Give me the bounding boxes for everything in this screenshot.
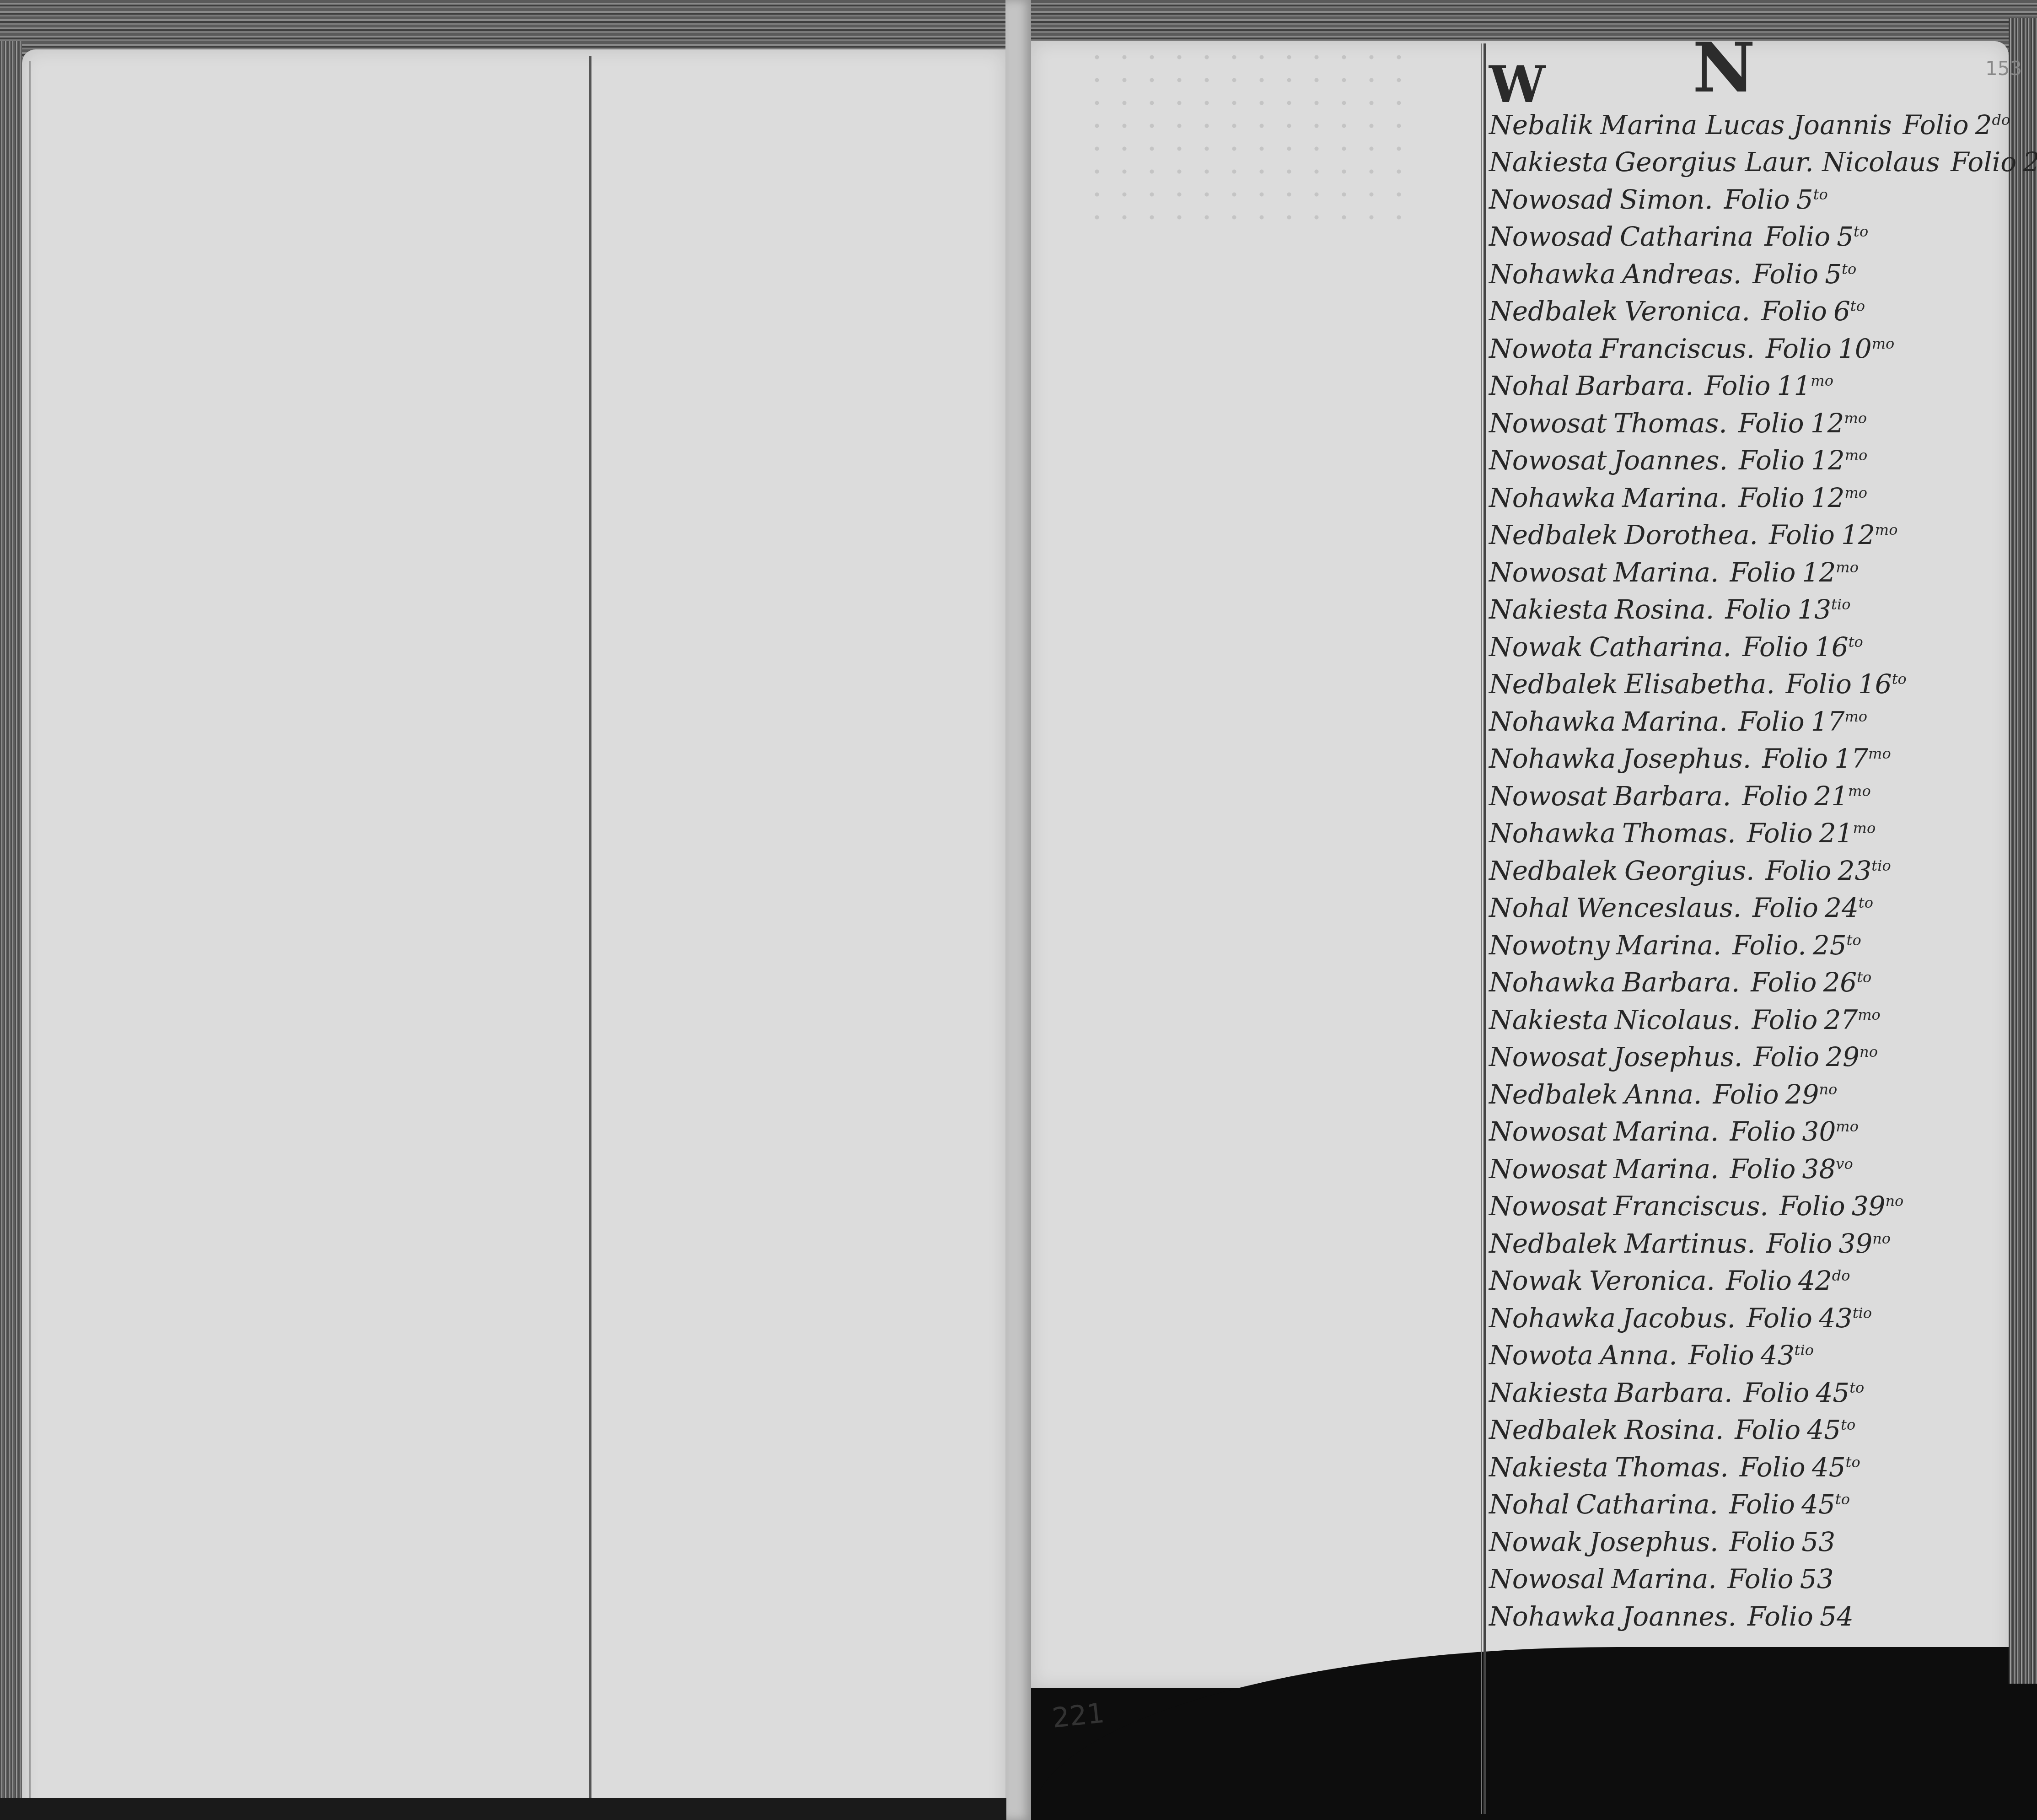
entry-folio-number: 26 xyxy=(1823,967,1857,998)
entry-folio-suffix: to xyxy=(1854,223,1868,240)
entry-folio-suffix: tio xyxy=(1795,1341,1814,1359)
entry-given-name: Rosina. xyxy=(1624,1414,1724,1445)
index-entries-list: NebalikMarina Lucas JoannisFolio2doNakie… xyxy=(1489,103,1988,1632)
entry-folio-number: 12 xyxy=(1802,557,1836,588)
entry-given-name: Franciscus. xyxy=(1613,1190,1768,1222)
entry-folio-label: Folio xyxy=(1688,1340,1754,1371)
entry-folio-label: Folio xyxy=(1764,221,1830,252)
index-margin-rule xyxy=(1483,43,1486,1814)
entry-surname: Nedbalek xyxy=(1489,855,1618,886)
entry-given-name: Veronica. xyxy=(1624,296,1750,327)
index-entry: NowosatJosephus.Folio29no xyxy=(1489,1035,1988,1073)
index-entry: NedbalekElisabetha.Folio16to xyxy=(1489,662,1988,700)
index-entry: NedbalekAnna.Folio29no xyxy=(1489,1072,1988,1110)
entry-folio-suffix: mo xyxy=(1844,484,1867,501)
entry-surname: Nowotny xyxy=(1489,930,1610,961)
left-fore-edge xyxy=(0,41,22,1816)
entry-folio-label: Folio xyxy=(1728,1563,1794,1594)
entry-folio-number: 6 xyxy=(1833,296,1850,327)
entry-folio-label: Folio xyxy=(1951,146,2016,178)
entry-folio-number: 45 xyxy=(1812,1452,1846,1483)
entry-given-name: Jacobus. xyxy=(1622,1303,1736,1334)
entry-given-name: Marina. xyxy=(1611,1563,1717,1594)
entry-surname: Nowosat xyxy=(1489,1190,1607,1222)
index-entry: NakiestaNicolaus.Folio27mo xyxy=(1489,998,1988,1035)
entry-surname: Nowak xyxy=(1489,631,1583,662)
index-entry: NohawkaAndreas.Folio5to xyxy=(1489,252,1988,290)
entry-folio-suffix: to xyxy=(1849,1379,1864,1396)
entry-given-name: Thomas. xyxy=(1622,818,1736,849)
ink-show-through xyxy=(1089,50,1409,224)
entry-folio-number: 39 xyxy=(1838,1228,1872,1259)
index-entry: NedbalekVeronica.Folio6to xyxy=(1489,290,1988,327)
entry-folio-suffix: tio xyxy=(1871,857,1891,874)
entry-folio-suffix: to xyxy=(1859,894,1873,911)
entry-surname: Nohawka xyxy=(1489,1303,1616,1334)
entry-folio-number: 2 xyxy=(1975,109,1992,140)
entry-given-name: Marina. xyxy=(1622,482,1728,513)
entry-folio-label: Folio xyxy=(1903,109,1969,140)
entry-folio-suffix: mo xyxy=(1811,372,1833,389)
entry-surname: Nakiesta xyxy=(1489,1452,1608,1483)
entry-folio-suffix: to xyxy=(1850,297,1865,315)
entry-folio-number: 53 xyxy=(1801,1526,1835,1557)
entry-folio-number: 5 xyxy=(1825,258,1842,290)
folio-number: 153 xyxy=(1985,57,2022,80)
entry-folio-number: 12 xyxy=(1841,519,1875,550)
entry-folio-suffix: to xyxy=(1857,969,1871,986)
entry-folio-number: 21 xyxy=(1819,818,1853,849)
entry-given-name: Marina Lucas Joannis xyxy=(1600,109,1892,140)
entry-surname: Nohal xyxy=(1489,1489,1569,1520)
entry-surname: Nebalik xyxy=(1489,109,1594,140)
entry-given-name: Wenceslaus. xyxy=(1576,892,1741,923)
entry-folio-label: Folio xyxy=(1779,1190,1845,1222)
entry-folio-suffix: mo xyxy=(1872,335,1895,352)
entry-given-name: Andreas. xyxy=(1622,258,1741,290)
entry-folio-suffix: to xyxy=(1849,633,1863,651)
entry-given-name: Veronica. xyxy=(1589,1265,1715,1296)
entry-folio-number: 13 xyxy=(1797,594,1831,625)
entry-given-name: Barbara. xyxy=(1613,781,1731,812)
entry-folio-label: Folio xyxy=(1742,631,1808,662)
entry-given-name: Rosina. xyxy=(1615,594,1714,625)
entry-folio-number: 16 xyxy=(1815,631,1849,662)
entry-given-name: Josephus. xyxy=(1622,743,1751,774)
entry-surname: Nedbalek xyxy=(1489,519,1618,550)
entry-folio-suffix: to xyxy=(1892,670,1907,688)
entry-surname: Nowosat xyxy=(1489,557,1607,588)
entry-surname: Nakiesta xyxy=(1489,594,1608,625)
entry-folio-suffix: mo xyxy=(1848,782,1871,800)
entry-folio-label: Folio xyxy=(1738,408,1804,439)
index-entry: NowotaFranciscus.Folio10mo xyxy=(1489,327,1988,364)
entry-folio-label: Folio xyxy=(1752,1004,1817,1035)
entry-folio-suffix: to xyxy=(1847,932,1861,949)
index-entry: NowosatMarina.Folio38vo xyxy=(1489,1147,1988,1185)
index-entry: NohawkaJoannes.Folio54 xyxy=(1489,1594,1988,1632)
entry-folio-label: Folio xyxy=(1713,1079,1779,1110)
index-entry: NowosadSimon.Folio5to xyxy=(1489,178,1988,215)
left-page-edge-line xyxy=(29,61,31,1809)
index-entry: NedbalekRosina.Folio45to xyxy=(1489,1408,1988,1446)
entry-folio-number: 5 xyxy=(1796,184,1813,215)
entry-folio-number: 10 xyxy=(1838,333,1872,364)
index-entry: NohawkaJosephus.Folio17mo xyxy=(1489,737,1988,775)
entry-surname: Nowota xyxy=(1489,1340,1593,1371)
index-entry: NohalWenceslaus.Folio24to xyxy=(1489,886,1988,924)
entry-folio-number: 11 xyxy=(1777,370,1811,401)
entry-folio-suffix: no xyxy=(1860,1043,1878,1061)
entry-folio-label: Folio xyxy=(1729,1489,1795,1520)
entry-folio-label: Folio. xyxy=(1732,930,1806,961)
index-entry: NowosatFranciscus.Folio39no xyxy=(1489,1185,1988,1222)
entry-given-name: Catharina. xyxy=(1576,1489,1718,1520)
entry-folio-suffix: to xyxy=(1846,1454,1860,1471)
entry-surname: Nakiesta xyxy=(1489,1377,1608,1408)
entry-folio-label: Folio xyxy=(1747,1601,1813,1632)
entry-given-name: Thomas. xyxy=(1615,1452,1729,1483)
entry-given-name: Catharina. xyxy=(1589,631,1731,662)
entry-folio-label: Folio xyxy=(1739,445,1805,476)
index-entry: NohalCatharina.Folio45to xyxy=(1489,1483,1988,1520)
entry-folio-suffix: no xyxy=(1872,1230,1891,1247)
entry-surname: Nedbalek xyxy=(1489,668,1618,700)
index-entry: NakiestaGeorgius Laur. NicolausFolio2do xyxy=(1489,140,1988,178)
gutter xyxy=(1005,0,1031,1820)
index-letter-heading: N xyxy=(1693,27,1755,108)
entry-given-name: Barbara. xyxy=(1615,1377,1732,1408)
entry-surname: Nowak xyxy=(1489,1265,1583,1296)
entry-folio-number: 12 xyxy=(1811,445,1845,476)
entry-given-name: Josephus. xyxy=(1613,1041,1742,1072)
entry-folio-suffix: mo xyxy=(1853,819,1876,837)
entry-given-name: Anna. xyxy=(1624,1079,1702,1110)
entry-given-name: Georgius Laur. Nicolaus xyxy=(1615,146,1940,178)
entry-folio-suffix: mo xyxy=(1875,521,1898,538)
entry-surname: Nowosat xyxy=(1489,1116,1607,1147)
entry-given-name: Josephus. xyxy=(1589,1526,1718,1557)
right-fore-edge xyxy=(2009,18,2037,1684)
index-entry: NohalBarbara.Folio11mo xyxy=(1489,364,1988,402)
index-entry: NedbalekGeorgius.Folio23tio xyxy=(1489,849,1988,886)
index-entry: NedbalekMartinus.Folio39no xyxy=(1489,1222,1988,1259)
entry-folio-label: Folio xyxy=(1705,370,1771,401)
entry-folio-number: 29 xyxy=(1826,1041,1860,1072)
entry-folio-label: Folio xyxy=(1765,855,1831,886)
entry-given-name: Franciscus. xyxy=(1600,333,1755,364)
entry-given-name: Thomas. xyxy=(1613,408,1727,439)
entry-folio-suffix: mo xyxy=(1836,559,1859,576)
entry-folio-number: 29 xyxy=(1785,1079,1819,1110)
entry-given-name: Simon. xyxy=(1620,184,1713,215)
entry-folio-number: 53 xyxy=(1800,1563,1834,1594)
entry-folio-label: Folio xyxy=(1739,482,1805,513)
entry-given-name: Anna. xyxy=(1600,1340,1677,1371)
entry-surname: Nohawka xyxy=(1489,706,1616,737)
entry-given-name: Marina. xyxy=(1622,706,1728,737)
entry-surname: Nohawka xyxy=(1489,818,1616,849)
index-entry: NowakCatharina.Folio16to xyxy=(1489,625,1988,662)
index-entry: NowakJosephus.Folio53 xyxy=(1489,1520,1988,1557)
entry-surname: Nowak xyxy=(1489,1526,1583,1557)
entry-folio-number: 39 xyxy=(1852,1190,1886,1222)
entry-folio-label: Folio xyxy=(1730,1116,1796,1147)
entry-folio-label: Folio xyxy=(1747,1303,1812,1334)
entry-surname: Nowota xyxy=(1489,333,1593,364)
entry-surname: Nedbalek xyxy=(1489,296,1618,327)
entry-folio-label: Folio xyxy=(1766,1228,1832,1259)
entry-folio-number: 2 xyxy=(2023,146,2037,178)
index-entry: NowosatBarbara.Folio21mo xyxy=(1489,774,1988,812)
entry-folio-label: Folio xyxy=(1762,743,1828,774)
entry-folio-number: 27 xyxy=(1824,1004,1858,1035)
index-entry: NebalikMarina Lucas JoannisFolio2do xyxy=(1489,103,1988,140)
entry-folio-number: 23 xyxy=(1838,855,1872,886)
entry-folio-suffix: mo xyxy=(1844,409,1867,427)
entry-folio-suffix: tio xyxy=(1853,1304,1872,1322)
entry-folio-suffix: vo xyxy=(1836,1155,1853,1173)
entry-surname: Nowosal xyxy=(1489,1563,1605,1594)
index-entry: NowosatJoannes.Folio12mo xyxy=(1489,439,1988,476)
entry-folio-label: Folio xyxy=(1742,781,1808,812)
entry-given-name: Marina. xyxy=(1616,930,1722,961)
entry-folio-suffix: to xyxy=(1842,260,1856,278)
entry-surname: Nowosad xyxy=(1489,221,1613,252)
entry-folio-suffix: to xyxy=(1841,1416,1855,1433)
entry-folio-suffix: mo xyxy=(1858,1006,1881,1023)
index-entry: NowosalMarina.Folio53 xyxy=(1489,1557,1988,1595)
entry-given-name: Marina. xyxy=(1613,1116,1719,1147)
entry-folio-suffix: to xyxy=(1835,1491,1850,1508)
entry-folio-label: Folio xyxy=(1730,557,1796,588)
index-entry: NowotaAnna.Folio43tio xyxy=(1489,1334,1988,1371)
index-entry: NakiestaThomas.Folio45to xyxy=(1489,1445,1988,1483)
entry-folio-label: Folio xyxy=(1739,706,1805,737)
entry-surname: Nowosad xyxy=(1489,184,1613,215)
entry-folio-label: Folio xyxy=(1752,258,1818,290)
entry-given-name: Nicolaus. xyxy=(1615,1004,1741,1035)
page-number: 221 xyxy=(1051,1697,1106,1734)
entry-surname: Nohawka xyxy=(1489,1601,1616,1632)
entry-folio-number: 43 xyxy=(1819,1303,1853,1334)
index-entry: NowosatThomas.Folio12mo xyxy=(1489,401,1988,439)
entry-folio-number: 12 xyxy=(1811,408,1844,439)
entry-folio-label: Folio xyxy=(1729,1526,1795,1557)
entry-surname: Nowosat xyxy=(1489,1041,1607,1072)
entry-surname: Nohal xyxy=(1489,370,1569,401)
entry-folio-label: Folio xyxy=(1726,1265,1792,1296)
entry-folio-suffix: do xyxy=(1832,1267,1850,1284)
index-margin-rule-thin xyxy=(1481,43,1482,1814)
index-entry: NohawkaThomas.Folio21mo xyxy=(1489,812,1988,849)
entry-given-name: Dorothea. xyxy=(1624,519,1758,550)
entry-folio-number: 43 xyxy=(1761,1340,1795,1371)
entry-folio-number: 42 xyxy=(1798,1265,1832,1296)
entry-folio-number: 38 xyxy=(1802,1153,1836,1185)
entry-folio-label: Folio xyxy=(1735,1414,1801,1445)
entry-folio-number: 21 xyxy=(1814,781,1848,812)
index-entry: NowosadCatharinaFolio5to xyxy=(1489,215,1988,253)
entry-folio-number: 24 xyxy=(1825,892,1859,923)
entry-folio-label: Folio xyxy=(1752,892,1818,923)
entry-folio-number: 54 xyxy=(1820,1601,1854,1632)
entry-folio-suffix: no xyxy=(1819,1081,1837,1098)
entry-given-name: Catharina xyxy=(1620,221,1753,252)
entry-surname: Nedbalek xyxy=(1489,1414,1618,1445)
entry-folio-label: Folio xyxy=(1753,1041,1819,1072)
index-entry: NohawkaMarina.Folio17mo xyxy=(1489,700,1988,737)
entry-given-name: Barbara. xyxy=(1576,370,1693,401)
entry-folio-label: Folio xyxy=(1766,333,1832,364)
entry-folio-suffix: mo xyxy=(1845,447,1868,464)
entry-surname: Nedbalek xyxy=(1489,1079,1618,1110)
entry-surname: Nohawka xyxy=(1489,482,1616,513)
entry-surname: Nakiesta xyxy=(1489,146,1608,178)
entry-folio-number: 5 xyxy=(1837,221,1854,252)
index-entry: NakiestaRosina.Folio13tio xyxy=(1489,588,1988,625)
entry-surname: Nowosat xyxy=(1489,408,1607,439)
entry-folio-number: 17 xyxy=(1811,706,1845,737)
index-entry: NowotnyMarina.Folio.25to xyxy=(1489,923,1988,961)
entry-given-name: Elisabetha. xyxy=(1624,668,1775,700)
entry-folio-label: Folio xyxy=(1743,1377,1809,1408)
left-column-rule xyxy=(589,56,591,1804)
entry-given-name: Marina. xyxy=(1613,1153,1719,1185)
entry-given-name: Marina. xyxy=(1613,557,1719,588)
entry-surname: Nohawka xyxy=(1489,743,1616,774)
entry-folio-label: Folio xyxy=(1725,594,1791,625)
index-entry: NohawkaBarbara.Folio26to xyxy=(1489,961,1988,998)
index-entry: NowosatMarina.Folio12mo xyxy=(1489,550,1988,588)
entry-folio-suffix: mo xyxy=(1836,1118,1859,1135)
entry-folio-label: Folio xyxy=(1740,1452,1806,1483)
index-entry: NohawkaMarina.Folio12mo xyxy=(1489,476,1988,513)
index-entry: NohawkaJacobus.Folio43tio xyxy=(1489,1296,1988,1334)
entry-folio-number: 12 xyxy=(1811,482,1845,513)
entry-given-name: Joannes. xyxy=(1613,445,1728,476)
entry-folio-number: 45 xyxy=(1807,1414,1841,1445)
entry-folio-label: Folio xyxy=(1761,296,1827,327)
index-entry: NowakVeronica.Folio42do xyxy=(1489,1259,1988,1297)
entry-surname: Nowosat xyxy=(1489,781,1607,812)
entry-folio-suffix: to xyxy=(1813,186,1828,203)
entry-folio-suffix: do xyxy=(1992,111,2010,129)
entry-surname: Nowosat xyxy=(1489,1153,1607,1185)
entry-folio-suffix: no xyxy=(1885,1192,1903,1210)
entry-given-name: Martinus. xyxy=(1624,1228,1755,1259)
left-bottom-shadow xyxy=(0,1798,1006,1820)
entry-folio-label: Folio xyxy=(1730,1153,1796,1185)
entry-folio-number: 16 xyxy=(1858,668,1892,700)
entry-surname: Nakiesta xyxy=(1489,1004,1608,1035)
entry-surname: Nohawka xyxy=(1489,967,1616,998)
entry-surname: Nohal xyxy=(1489,892,1569,923)
entry-folio-suffix: mo xyxy=(1844,708,1867,725)
entry-folio-label: Folio xyxy=(1751,967,1817,998)
entry-folio-number: 45 xyxy=(1801,1489,1835,1520)
entry-folio-number: 25 xyxy=(1813,930,1847,961)
entry-given-name: Georgius. xyxy=(1624,855,1755,886)
entry-given-name: Joannes. xyxy=(1622,1601,1736,1632)
entry-surname: Nohawka xyxy=(1489,258,1616,290)
entry-folio-number: 17 xyxy=(1834,743,1868,774)
entry-folio-label: Folio xyxy=(1724,184,1790,215)
entry-surname: Nedbalek xyxy=(1489,1228,1618,1259)
entry-folio-label: Folio xyxy=(1786,668,1852,700)
entry-surname: Nowosat xyxy=(1489,445,1607,476)
entry-folio-suffix: tio xyxy=(1831,596,1850,613)
left-page xyxy=(22,49,1005,1820)
entry-folio-suffix: mo xyxy=(1868,745,1891,762)
entry-folio-number: 30 xyxy=(1802,1116,1836,1147)
entry-folio-label: Folio xyxy=(1747,818,1813,849)
index-entry: NakiestaBarbara.Folio45to xyxy=(1489,1371,1988,1408)
entry-folio-number: 45 xyxy=(1816,1377,1849,1408)
index-entry: NedbalekDorothea.Folio12mo xyxy=(1489,513,1988,551)
entry-folio-label: Folio xyxy=(1769,519,1835,550)
index-entry: NowosatMarina.Folio30mo xyxy=(1489,1110,1988,1147)
entry-given-name: Barbara. xyxy=(1622,967,1740,998)
